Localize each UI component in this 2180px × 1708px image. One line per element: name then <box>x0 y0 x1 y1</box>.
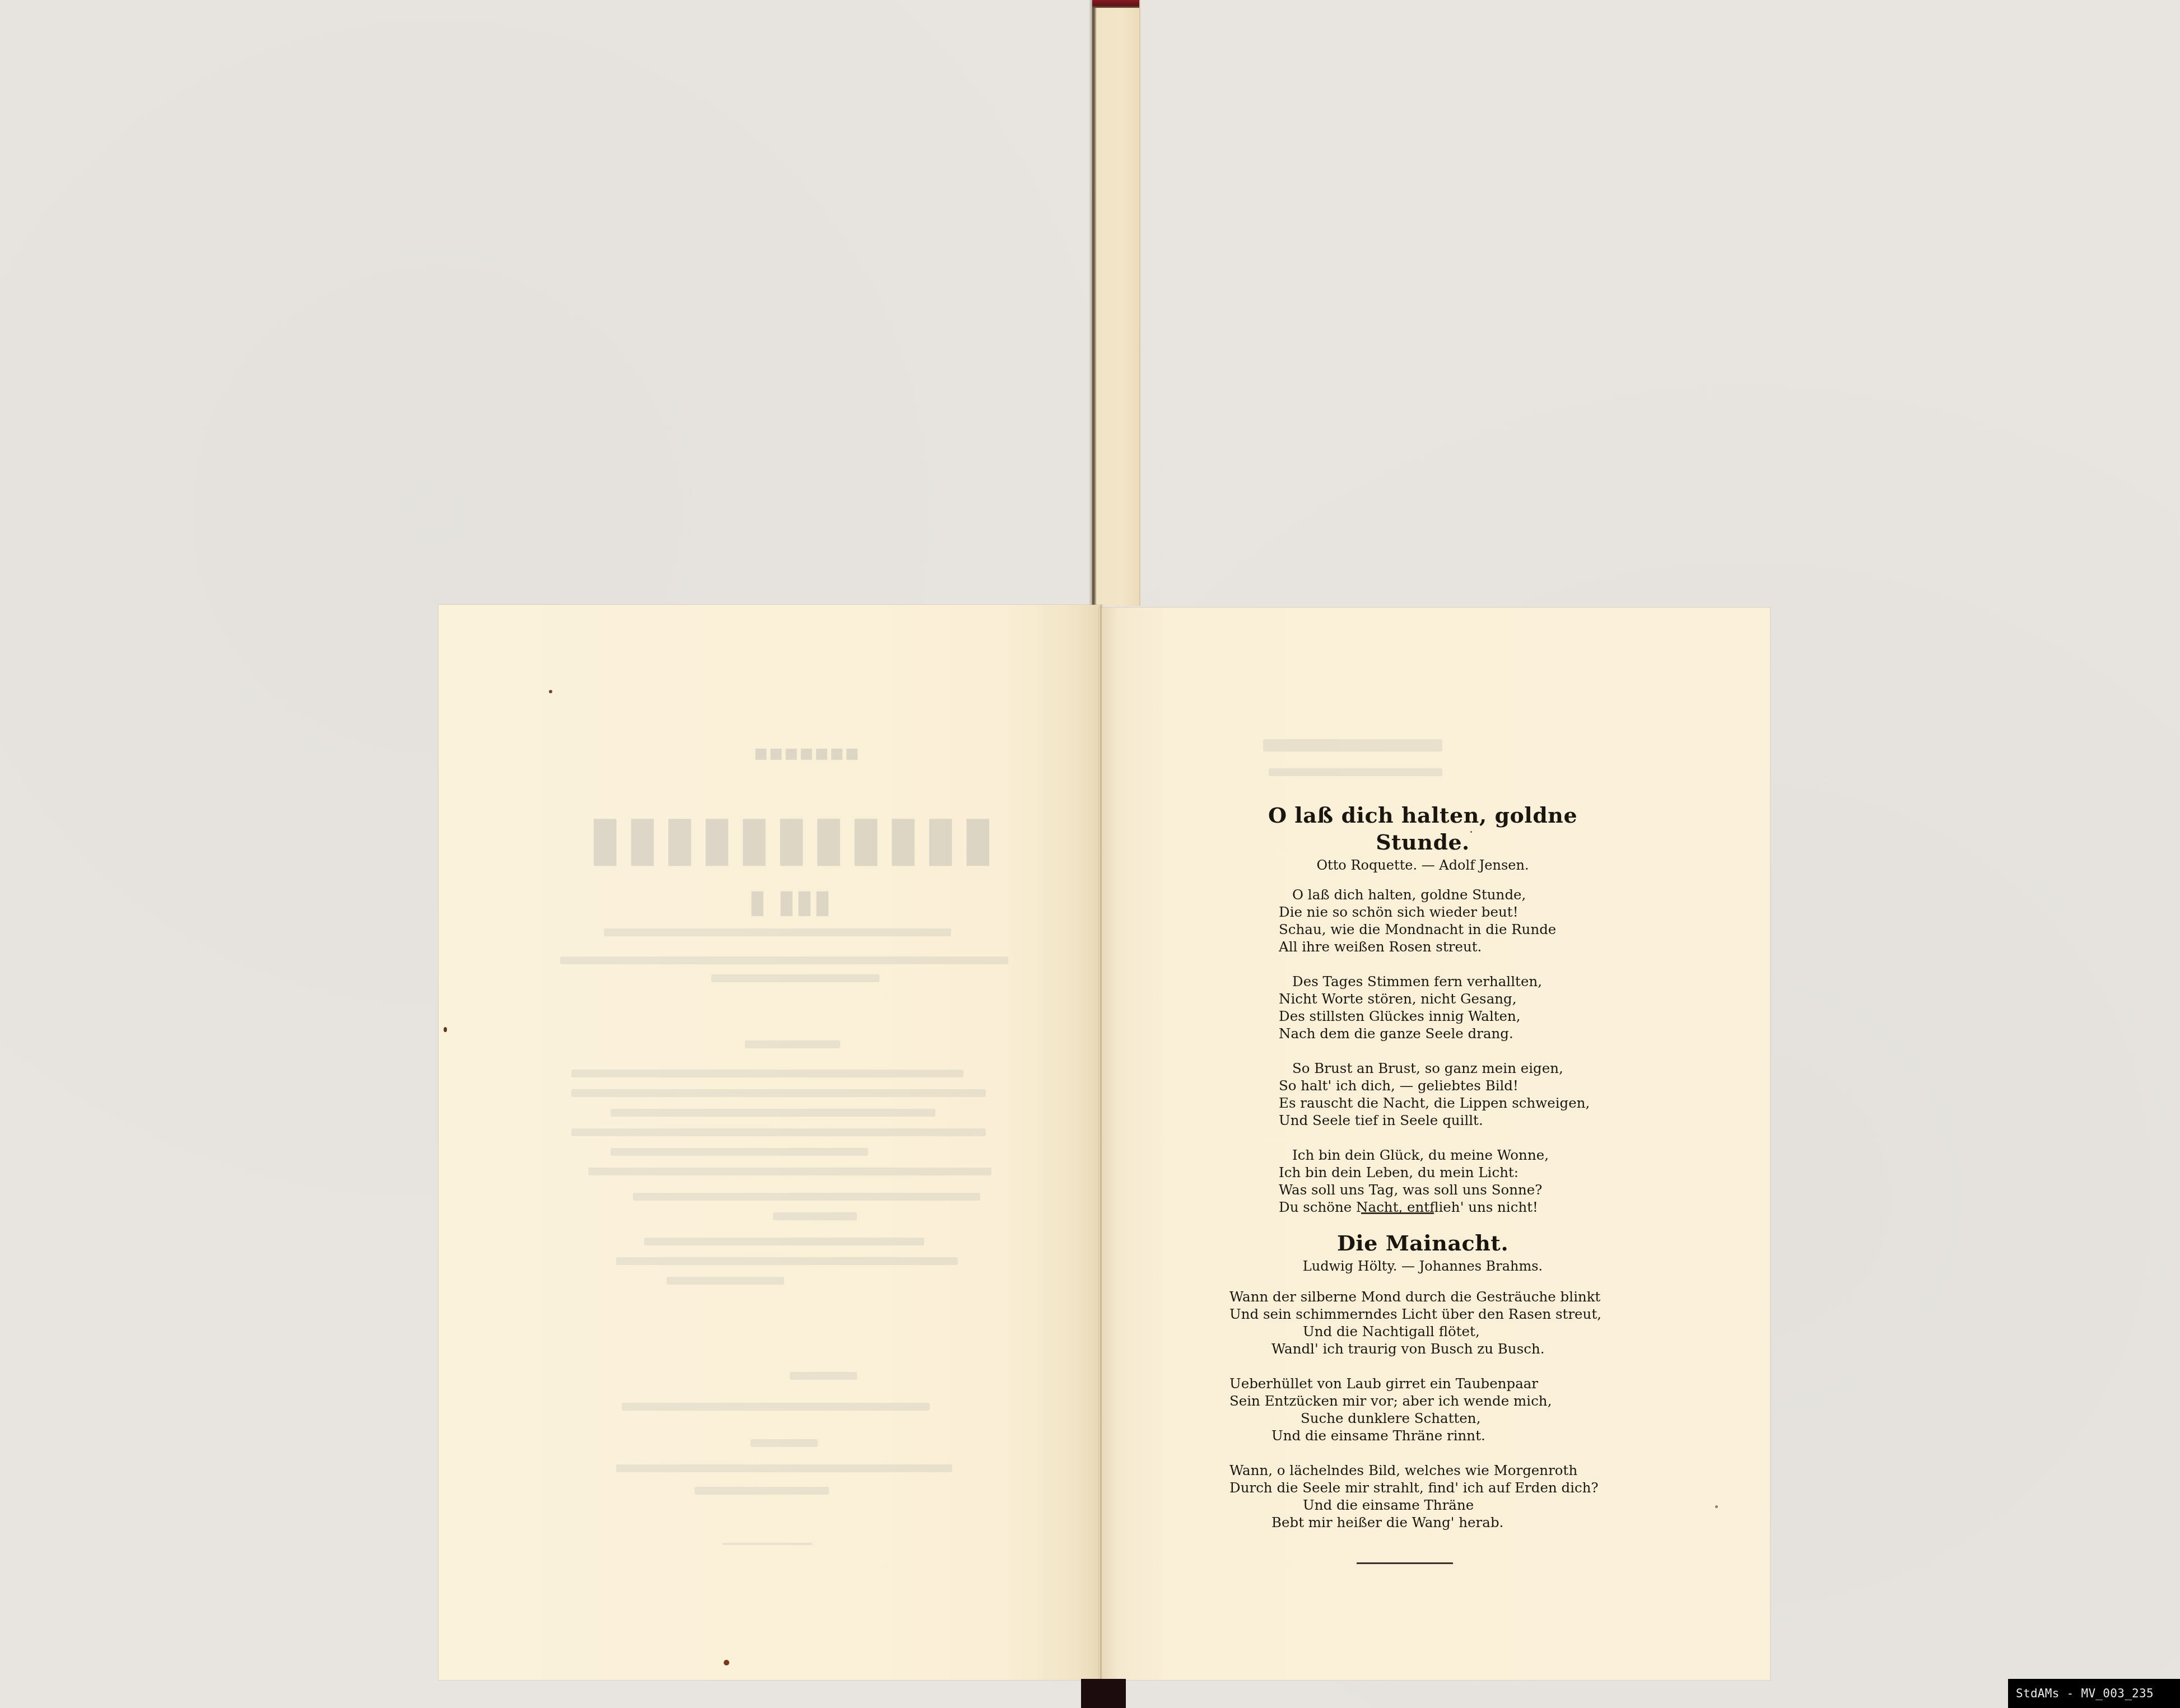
stanza: Wann, o lächelndes Bild, welches wie Mor… <box>1227 1462 1619 1531</box>
verse-line: All ihre weißen Rosen streut. <box>1227 938 1619 955</box>
paper-speck <box>549 690 552 693</box>
verse-line: Nach dem die ganze Seele drang. <box>1227 1025 1619 1042</box>
verse-line: Bebt mir heißer die Wang' herab. <box>1227 1514 1619 1531</box>
song-o-lass-dich-halten: O laß dich halten, goldne Stunde. Otto R… <box>1227 802 1619 1216</box>
stanza: So Brust an Brust, so ganz mein eigen, S… <box>1227 1060 1619 1129</box>
verse-line: Wann, o lächelndes Bild, welches wie Mor… <box>1227 1462 1619 1479</box>
section-divider <box>1361 1212 1434 1214</box>
verse-line: Und die Nachtigall flötet, <box>1227 1323 1619 1340</box>
page-fold <box>1100 605 1102 1680</box>
left-page <box>439 605 1102 1680</box>
verse-line: Ich bin dein Leben, du mein Licht: <box>1227 1164 1619 1181</box>
paper-speck <box>1470 831 1472 833</box>
verse-line: So Brust an Brust, so ganz mein eigen, <box>1227 1060 1619 1077</box>
verse-line: Durch die Seele mir strahlt, find' ich a… <box>1227 1479 1619 1496</box>
verse-line: Sein Entzücken mir vor; aber ich wende m… <box>1227 1392 1619 1410</box>
stanza: Des Tages Stimmen fern verhallten, Nicht… <box>1227 973 1619 1042</box>
end-divider <box>1357 1562 1453 1564</box>
stanza: Ueberhüllet von Laub girret ein Taubenpa… <box>1227 1375 1619 1444</box>
ghost-number: ▮▮▮ ▮ <box>650 882 930 920</box>
song-title: O laß dich halten, goldne Stunde. <box>1227 802 1619 856</box>
verse-line: Des Tages Stimmen fern verhallten, <box>1227 973 1619 990</box>
verse-line: Und die einsame Thräne rinnt. <box>1227 1427 1619 1444</box>
song-title: Die Mainacht. <box>1227 1230 1619 1257</box>
stanza: Ich bin dein Glück, du meine Wonne, Ich … <box>1227 1146 1619 1216</box>
stanza: Wann der silberne Mond durch die Gesträu… <box>1227 1288 1619 1357</box>
spine-headband <box>1092 0 1139 8</box>
paper-speck <box>724 1660 729 1665</box>
verse-line: Wann der silberne Mond durch die Gesträu… <box>1227 1288 1619 1305</box>
song-die-mainacht: Die Mainacht. Ludwig Hölty. — Johannes B… <box>1227 1230 1619 1531</box>
verse-line: Und die einsame Thräne <box>1227 1496 1619 1514</box>
song-credit: Ludwig Hölty. — Johannes Brahms. <box>1227 1257 1619 1276</box>
verse-line: Was soll uns Tag, was soll uns Sonne? <box>1227 1181 1619 1198</box>
song-credit: Otto Roquette. — Adolf Jensen. <box>1227 856 1619 875</box>
verse-line: O laß dich halten, goldne Stunde, <box>1227 886 1619 903</box>
ghost-heading: ▪▪▪▪▪▪▪ <box>723 739 891 766</box>
book-spine <box>1092 0 1140 606</box>
ghost-line <box>1269 768 1442 776</box>
stanza: O laß dich halten, goldne Stunde, Die ni… <box>1227 886 1619 955</box>
ghost-title: ▮▮▮▮▮▮▮▮▮▮▮ <box>560 801 1019 873</box>
verse-line: Die nie so schön sich wieder beut! <box>1227 903 1619 921</box>
paper-speck <box>1715 1505 1718 1508</box>
verse-line: Des stillsten Glückes innig Walten, <box>1227 1007 1619 1025</box>
binding-gutter <box>1081 1679 1126 1708</box>
verse-line: Und sein schimmerndes Licht über den Ras… <box>1227 1305 1619 1323</box>
verse-line: Schau, wie die Mondnacht in die Runde <box>1227 921 1619 938</box>
verse-line: Suche dunklere Schatten, <box>1227 1410 1619 1427</box>
verse-line: So halt' ich dich, — geliebtes Bild! <box>1227 1077 1619 1094</box>
verse-line: Und Seele tief in Seele quillt. <box>1227 1112 1619 1129</box>
paper-speck <box>444 1027 447 1032</box>
verse-line: Ich bin dein Glück, du meine Wonne, <box>1227 1146 1619 1164</box>
verse-line: Nicht Worte stören, nicht Gesang, <box>1227 990 1619 1007</box>
verse-line: Ueberhüllet von Laub girret ein Taubenpa… <box>1227 1375 1619 1392</box>
verse-line: Wandl' ich traurig von Busch zu Busch. <box>1227 1340 1619 1357</box>
verse-line: Es rauscht die Nacht, die Lippen schweig… <box>1227 1094 1619 1112</box>
archive-label: StdAMs - MV_003_235 <box>2008 1679 2180 1708</box>
ghost-line <box>1263 739 1442 752</box>
